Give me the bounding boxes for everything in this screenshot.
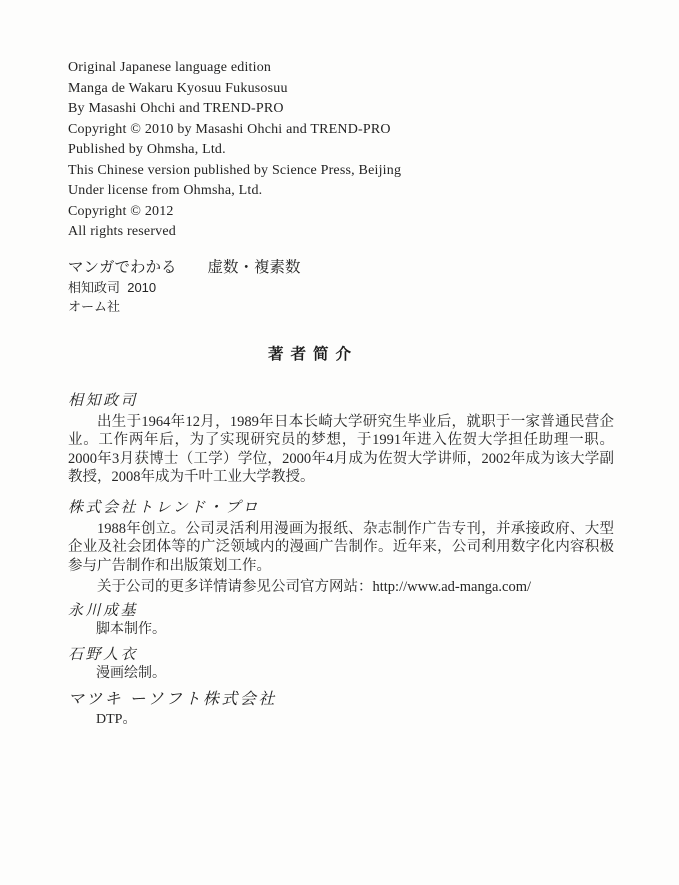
source-title: マンガでわかる 虚数・複素数 bbox=[68, 257, 614, 279]
copyright-line: All rights reserved bbox=[68, 222, 614, 243]
author-name: 永川成基 bbox=[68, 601, 614, 621]
author-name: 株式会社トレンド・プロ bbox=[68, 498, 614, 518]
book-colophon-page: Original Japanese language edition Manga… bbox=[0, 0, 679, 885]
copyright-line: Copyright © 2012 bbox=[68, 202, 614, 223]
copyright-line: Manga de Wakaru Kyosuu Fukusosuu bbox=[68, 79, 614, 100]
author-section-nagakawa: 永川成基 脚本制作。 bbox=[68, 601, 614, 639]
source-author-year: 相知政司 2010 bbox=[68, 279, 614, 297]
company-website-line: 关于公司的更多详情请参见公司官方网站：http://www.ad-manga.c… bbox=[68, 577, 614, 597]
source-citation-block: マンガでわかる 虚数・複素数 相知政司 2010 オーム社 bbox=[68, 257, 614, 317]
author-bio: 1988年创立。公司灵活利用漫画为报纸、杂志制作广告专刊，并承接政府、大型企业及… bbox=[68, 520, 614, 576]
author-role: DTP。 bbox=[68, 711, 614, 729]
author-name: マツキ ーソフト株式会社 bbox=[68, 689, 614, 711]
author-name: 相知政司 bbox=[68, 391, 614, 411]
author-name: 石野人衣 bbox=[68, 645, 614, 665]
author-section-ishino: 石野人衣 漫画绘制。 bbox=[68, 645, 614, 683]
author-role: 脚本制作。 bbox=[68, 621, 614, 639]
section-heading-authors: 著者简介 bbox=[68, 344, 558, 365]
copyright-line: Original Japanese language edition bbox=[68, 58, 614, 79]
source-publisher: オーム社 bbox=[68, 297, 614, 317]
copyright-line: Under license from Ohmsha, Ltd. bbox=[68, 181, 614, 202]
copyright-line: Published by Ohmsha, Ltd. bbox=[68, 140, 614, 161]
author-section-trend-pro: 株式会社トレンド・プロ 1988年创立。公司灵活利用漫画为报纸、杂志制作广告专刊… bbox=[68, 498, 614, 598]
copyright-line: Copyright © 2010 by Masashi Ohchi and TR… bbox=[68, 120, 614, 141]
copyright-line: This Chinese version published by Scienc… bbox=[68, 161, 614, 182]
author-bio: 出生于1964年12月，1989年日本长崎大学研究生毕业后，就职于一家普通民营企… bbox=[68, 413, 614, 487]
author-role: 漫画绘制。 bbox=[68, 665, 614, 683]
author-section-ohchi: 相知政司 出生于1964年12月，1989年日本长崎大学研究生毕业后，就职于一家… bbox=[68, 391, 614, 487]
copyright-line: By Masashi Ohchi and TREND-PRO bbox=[68, 99, 614, 120]
author-section-matsuki-soft: マツキ ーソフト株式会社 DTP。 bbox=[68, 689, 614, 729]
page-content: Original Japanese language edition Manga… bbox=[68, 0, 614, 729]
copyright-block: Original Japanese language edition Manga… bbox=[68, 58, 614, 243]
